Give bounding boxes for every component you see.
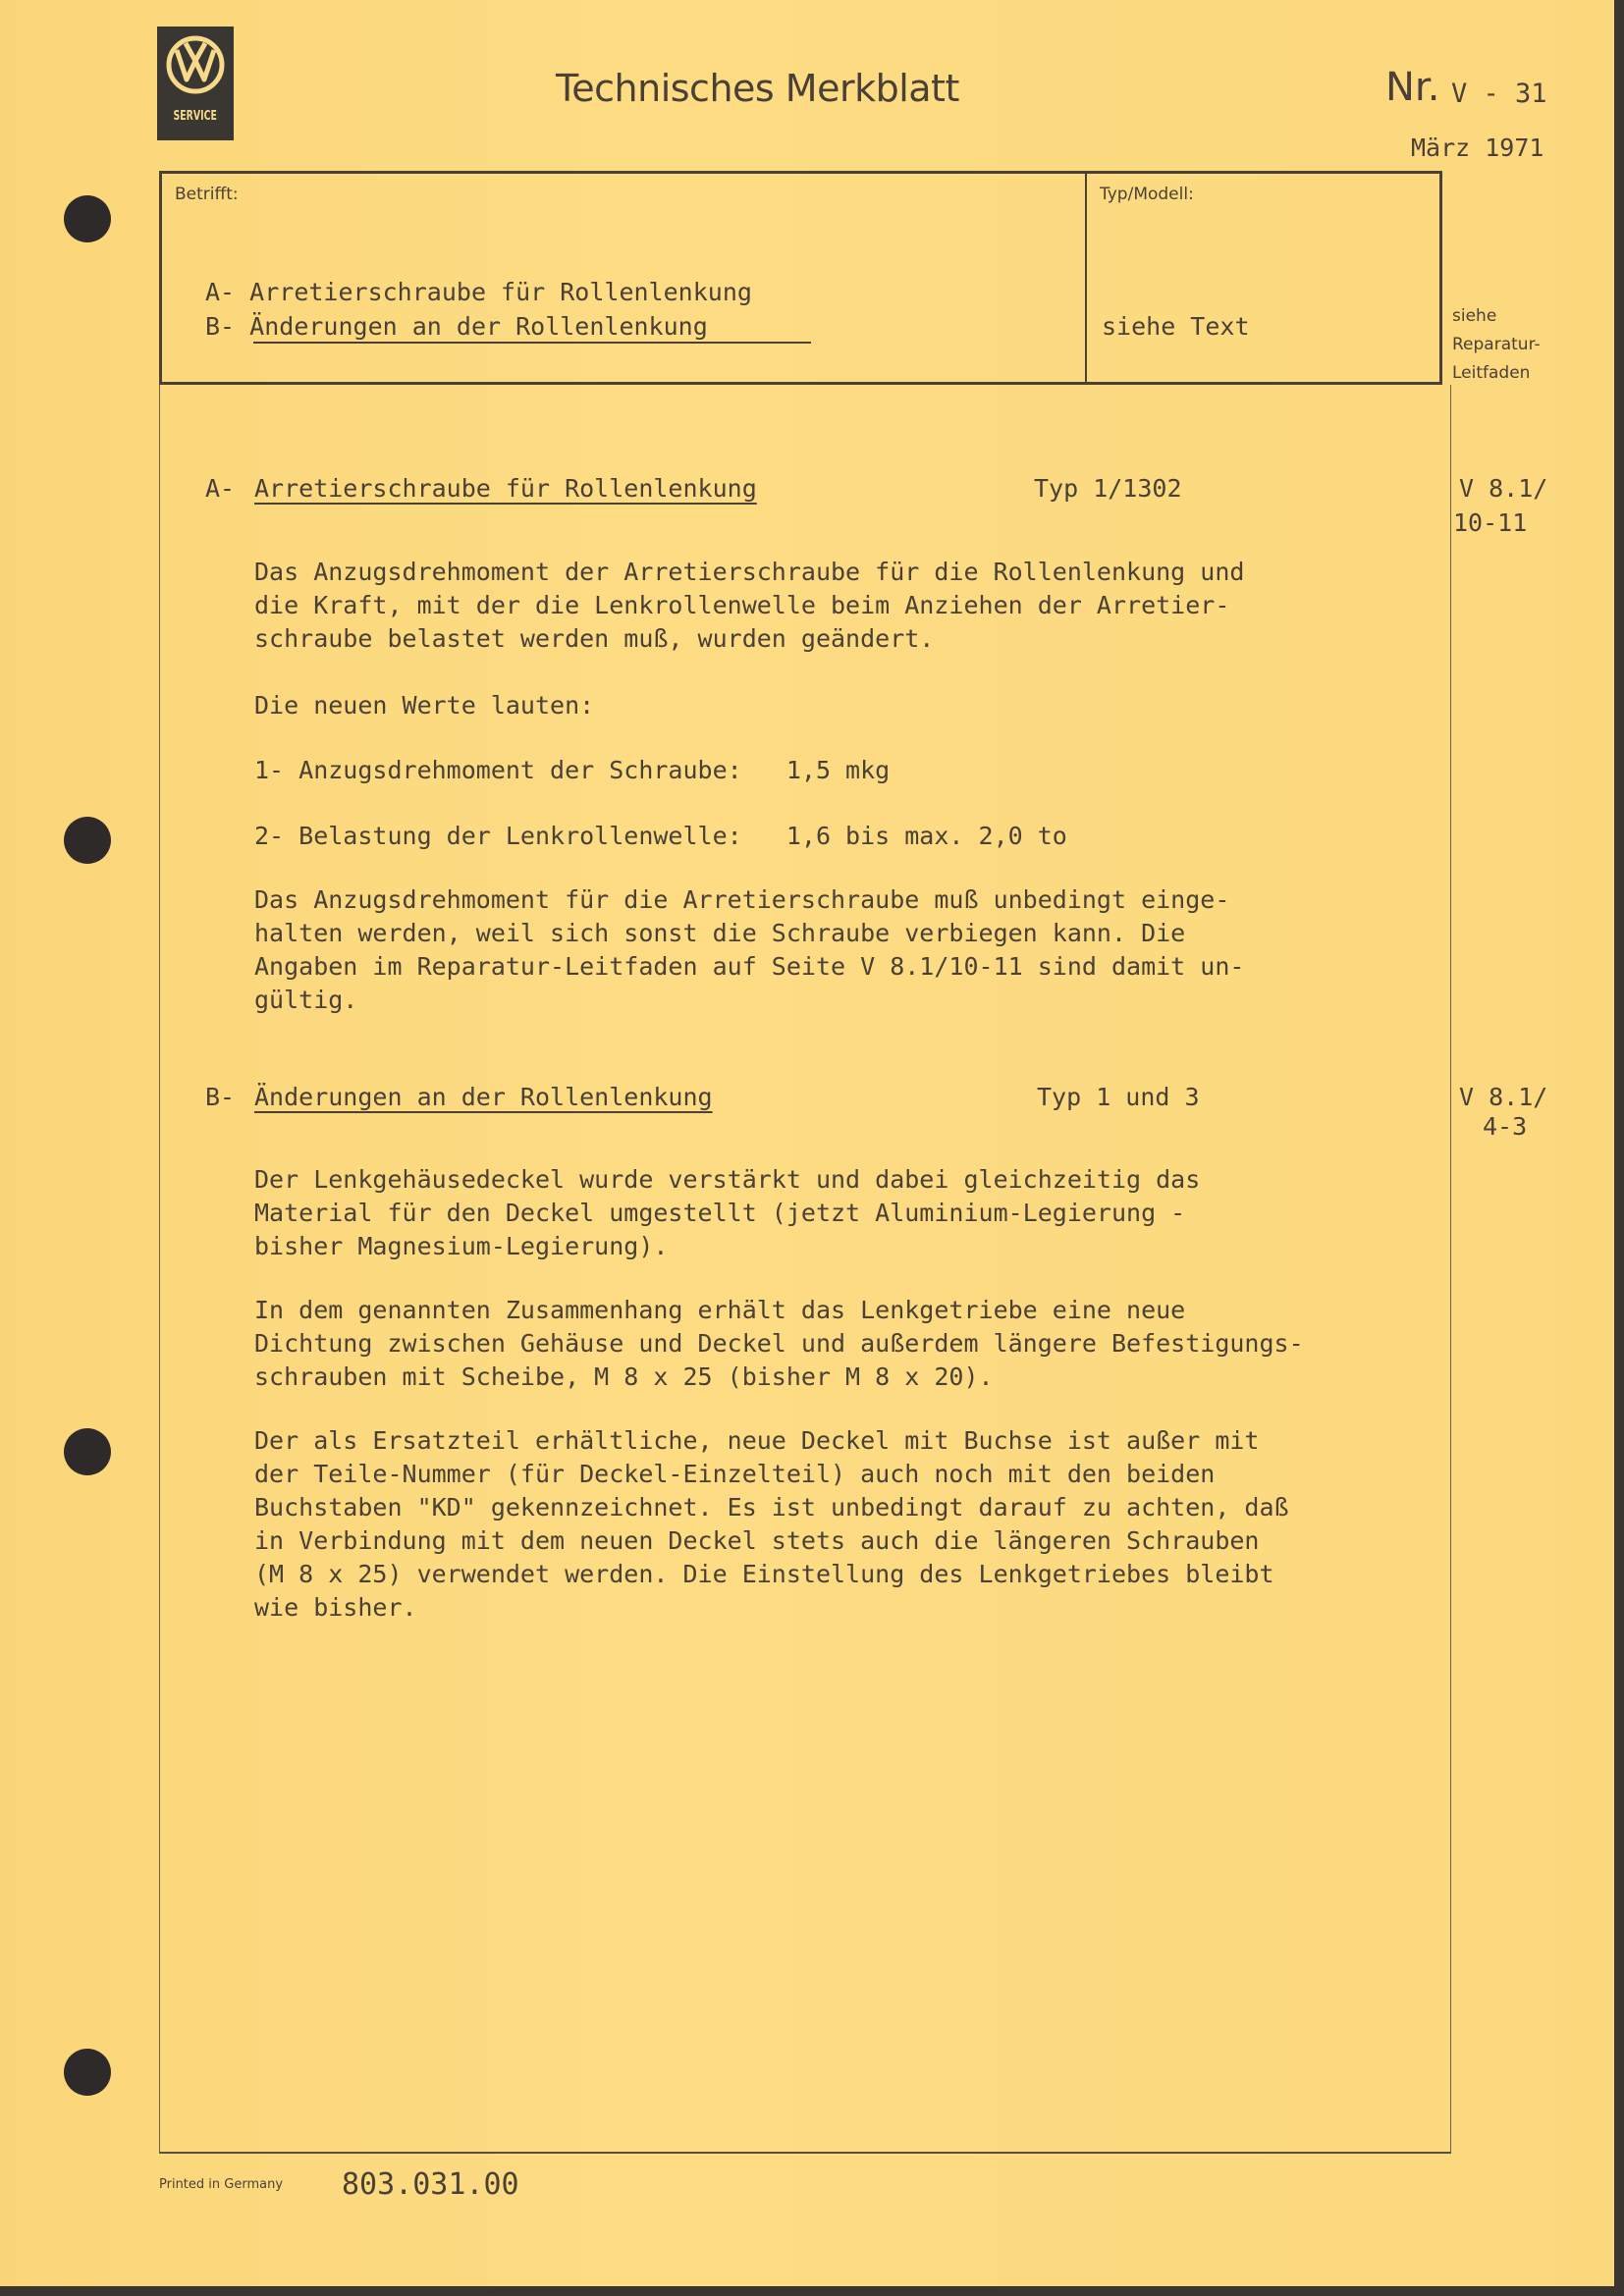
- subject-item-prefix: A-: [205, 278, 235, 306]
- section-a-ref-line1: V 8.1/: [1459, 474, 1547, 503]
- section-b-paragraph: Der Lenkgehäusedeckel wurde verstärkt un…: [254, 1163, 1200, 1263]
- subject-item-text: Arretierschraube für Rollenlenkung: [249, 278, 752, 306]
- section-a-type: Typ 1/1302: [1034, 474, 1182, 503]
- vw-logo-icon: [165, 34, 226, 95]
- section-b-prefix: B-: [205, 1083, 235, 1111]
- section-b-ref-line1: V 8.1/: [1459, 1083, 1547, 1111]
- page-title: Technisches Merkblatt: [556, 67, 959, 110]
- subject-box-divider: [1085, 171, 1087, 385]
- subject-item-prefix: B-: [205, 312, 235, 341]
- type-model-value: siehe Text: [1102, 312, 1250, 341]
- subject-item-a: A- Arretierschraube für Rollenlenkung: [205, 278, 752, 306]
- printed-in-germany: Printed in Germany: [159, 2177, 283, 2192]
- section-a-heading: Arretierschraube für Rollenlenkung: [254, 474, 757, 503]
- section-a-paragraph: Die neuen Werte lauten:: [254, 689, 594, 722]
- logo-service-label: SERVICE: [174, 109, 217, 124]
- form-number: 803.031.00: [342, 2167, 519, 2202]
- document-page: SERVICE Technisches Merkblatt Nr. V - 31…: [0, 0, 1614, 2286]
- section-a-paragraph: Das Anzugsdrehmoment der Arretierschraub…: [254, 556, 1244, 656]
- number-label: Nr.: [1385, 65, 1439, 110]
- punch-hole-icon: [64, 817, 111, 864]
- section-b-heading: Änderungen an der Rollenlenkung: [254, 1083, 713, 1111]
- repair-manual-reference: siehe Reparatur- Leitfaden: [1452, 302, 1541, 388]
- section-b-paragraph: Der als Ersatzteil erhältliche, neue Dec…: [254, 1424, 1289, 1625]
- subject-item-b: B- Änderungen an der Rollenlenkung: [205, 312, 708, 341]
- type-model-label: Typ/Modell:: [1100, 185, 1194, 204]
- side-ref-line: Reparatur-: [1452, 331, 1541, 359]
- subject-label: Betrifft:: [175, 185, 239, 204]
- section-a-prefix: A-: [205, 474, 235, 503]
- section-a-value-2: 2- Belastung der Lenkrollenwelle: 1,6 bi…: [254, 820, 1067, 853]
- subject-item-text: Änderungen an der Rollenlenkung: [249, 312, 708, 341]
- section-b-paragraph: In dem genannten Zusammenhang erhält das…: [254, 1294, 1304, 1394]
- section-a-value-1: 1- Anzugsdrehmoment der Schraube: 1,5 mk…: [254, 754, 890, 787]
- section-b-type: Typ 1 und 3: [1037, 1083, 1200, 1111]
- section-a-ref-line2: 10-11: [1453, 508, 1527, 537]
- punch-hole-icon: [64, 195, 111, 242]
- section-a-paragraph: Das Anzugsdrehmoment für die Arretiersch…: [254, 883, 1244, 1017]
- side-ref-line: siehe: [1452, 302, 1541, 331]
- subject-underline: [253, 342, 811, 344]
- document-date: März 1971: [1411, 133, 1543, 162]
- document-number: V - 31: [1451, 79, 1547, 109]
- side-ref-line: Leitfaden: [1452, 359, 1541, 388]
- vw-service-logo: SERVICE: [157, 27, 234, 140]
- punch-hole-icon: [64, 1428, 111, 1475]
- punch-hole-icon: [64, 2049, 111, 2096]
- section-b-ref-line2: 4-3: [1483, 1112, 1527, 1141]
